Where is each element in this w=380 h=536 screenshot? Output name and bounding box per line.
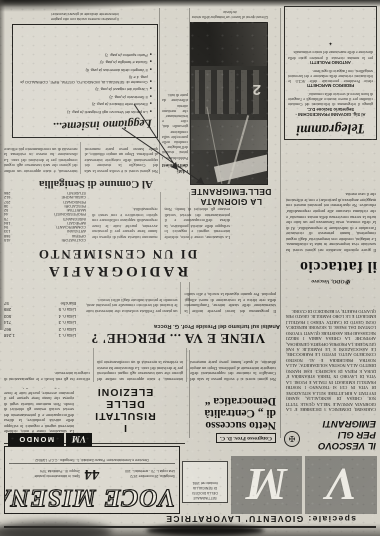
special-banner: speciale: GIOVENTU' LAVORATRICE <box>56 513 356 524</box>
leggiamo-item-text: Elezioni nelle Missioni (a pag. 2) <box>92 102 148 107</box>
census-row: Studenti 286 <box>4 192 86 195</box>
census-row: Professionisti 44 <box>4 212 86 216</box>
logo-letter-v: V <box>306 456 378 514</box>
census-value: 38 <box>4 204 8 208</box>
body-text-band: Il programma dei lavori prevede inoltre … <box>86 282 276 314</box>
leggiamo-page-ref: (a pag. 6) <box>86 68 103 73</box>
masthead-postal: Sped. in abbonamento postale <box>9 474 81 479</box>
results-value: 503 <box>4 312 11 318</box>
bullet-icon: ● <box>150 67 152 72</box>
results-name: Lista n. 3 <box>59 319 76 325</box>
viene-subtitle: Analisi sul turismo del Preside Prof. G.… <box>76 323 280 329</box>
photo-caption: Giovani operai al lavoro: un'immagine de… <box>186 9 274 19</box>
results-name: Lista n. 5 <box>59 306 76 312</box>
census-category: Impiegati <box>67 221 86 225</box>
leggiamo-title: Leggiamo insieme... <box>18 116 152 136</box>
bishop-letter-text: Carissimi, domenica 3 dicembre e' la gio… <box>286 284 376 412</box>
leggiamo-page-ref: (a pag. 1) <box>67 110 84 115</box>
newspaper-page-rotated-180: speciale: GIOVENTU' LAVORATRICE V M SETT… <box>0 0 380 536</box>
results-row: Lista n. 3 714 <box>4 319 76 325</box>
telegrammi-box: Telegrammi Al Sig. GIOVANNI FRANCESCHINI… <box>284 6 377 140</box>
telegram-text: eletto Presidente provinciale delle ACLI… <box>288 68 373 83</box>
logo-letter-m: M <box>231 456 303 514</box>
census-row: Pescatori 38 <box>4 204 86 208</box>
leggiamo-box: Leggiamo insieme... ● La parola del Vesc… <box>12 24 158 138</box>
fattaccio-article-text: Il grave episodio accaduto nei giorni sc… <box>286 143 376 253</box>
telegram-item: FEDERICO MARCHETTI eletto Presidente pro… <box>288 68 373 88</box>
body-text-column: La situazione, come è noto, richiede int… <box>4 388 74 434</box>
scanned-newspaper-screenshot: speciale: GIOVENTU' LAVORATRICE V M SETT… <box>0 0 380 536</box>
telegram-item: Al Sig. GIOVANNI FRANCESCHINI - Segretar… <box>288 91 373 117</box>
census-row: Artigiani 133 <box>4 229 86 233</box>
leggiamo-item-text: Punto sportivo (a pag. 7) <box>105 52 148 57</box>
leggiamo-page-ref: (a pag. 3) <box>95 88 112 93</box>
fattaccio-headline: il fattaccio <box>284 257 377 275</box>
results-row: Lista n. 1 1.248 <box>4 332 76 338</box>
leggiamo-item: ● La parola del Vescovo agli Emigranti (… <box>18 109 152 114</box>
telegrammi-title: Telegrammi <box>288 119 373 137</box>
bullet-icon: ● <box>150 52 152 57</box>
census-row: Insegnanti 75 <box>4 217 86 221</box>
census-row: Coltivatori 415 <box>4 238 86 242</box>
vm-mondo-text: MONDO <box>8 433 64 446</box>
photo-shadow-area <box>190 22 267 66</box>
census-row: Marittimi 52 <box>4 208 86 212</box>
results-name: Lista n. 1 <box>59 332 76 338</box>
info-line: DELLA DIOCESI <box>184 490 226 495</box>
bullet-icon: ● <box>150 87 152 92</box>
bullet-icon: ● <box>150 94 152 99</box>
radiografia-line2: DI UN CENSIMENTO <box>4 246 230 262</box>
radiografia-line1: RADIOGRAFIA <box>4 262 230 279</box>
results-row: Lista n. 2 967 <box>4 325 76 331</box>
results-row: Lista n. 4 503 <box>4 312 76 318</box>
risultati-line: RISULTATI <box>78 410 172 422</box>
bottom-note-line: Il prossimo numero uscirà con otto pagin… <box>14 16 156 21</box>
census-value: 44 <box>4 212 8 216</box>
bishop-crest-icon: ✠ <box>284 431 300 447</box>
census-category: Professionisti <box>54 212 86 216</box>
viene-headline: VIENE E VA ... PERCHE' ? <box>76 330 280 346</box>
leggiamo-list: ● La parola del Vescovo agli Emigranti (… <box>18 52 152 114</box>
census-value: 612 <box>4 195 10 199</box>
newspaper-title: VOCE MISENA <box>9 483 175 511</box>
leggiamo-item-text: Cronache di: SENIGALLIA, MONDOLFO, OSTRA… <box>18 74 148 84</box>
masthead-price: Una copia L. 70 - arretrata L. 100 <box>104 469 176 474</box>
results-value: 967 <box>4 325 11 331</box>
column-rule <box>159 8 160 174</box>
results-value: 289 <box>4 306 11 312</box>
inchiesta-text: Pubblichiamo i primi risultati dell'inda… <box>162 93 188 160</box>
al-comune-headline: Al Comune di Senigallia <box>4 178 188 190</box>
leggiamo-item-text: Il Seminario (a pag. 2) <box>109 94 147 99</box>
telegram-item: ANTONIO PAOLETTI per la nomina ricevuta:… <box>288 49 373 64</box>
results-row: Bianche 57 <box>4 299 76 305</box>
bullet-icon: ● <box>150 102 152 107</box>
info-line: fondato nel 1951 <box>184 480 226 485</box>
census-value: 94 <box>4 225 8 229</box>
vescovo-heading-block: IL VESCOVO PER GLI EMIGRANTI ✠ <box>284 417 376 450</box>
telegram-recipient: Al Sig. GIOVANNI FRANCESCHINI - Segretar… <box>288 107 373 118</box>
census-row: Casalinghe 612 <box>4 195 86 199</box>
giornata-line: LA GIORNATA <box>188 197 274 207</box>
vm-mondo-logo: VM <box>66 433 92 446</box>
risultati-line: I <box>78 422 172 434</box>
leggiamo-item: ● Il Seminario (a pag. 2) <box>18 94 152 99</box>
masthead-postal-lines: Sped. in abbonamento postale Gruppo III … <box>9 469 81 479</box>
masthead-group: Gruppo III - Pubblicità 70% <box>9 469 81 474</box>
giornata-headline: LA GIORNATA DELL'EMIGRANTE <box>188 187 274 207</box>
body-text-band: Nei giorni scorsi si è svolta presso la … <box>4 142 158 174</box>
risultati-line: ELEZIONI <box>78 386 172 398</box>
results-value: 714 <box>4 319 11 325</box>
census-table: Coltivatori 415 Operai 568 Artigiani 133… <box>4 192 86 242</box>
body-text-band: Nei giorni scorsi si è svolta presso la … <box>4 348 276 382</box>
congresso-kicker: Congresso Prov. D. C. <box>216 433 276 443</box>
census-value: 52 <box>4 208 8 212</box>
photo-press-detail <box>195 70 259 114</box>
census-category: Marittimi <box>67 208 86 212</box>
telegram-recipient: FEDERICO MARCHETTI <box>288 83 373 88</box>
masthead-date-lines: Senigallia, 25 novembre 1972 Una copia L… <box>104 469 176 479</box>
inchiesta-lead: I dati dell'inchiesta <box>162 163 188 174</box>
leggiamo-item: ● Cronache di: SENIGALLIA, MONDOLFO, OST… <box>18 74 152 84</box>
census-category: Artigiani <box>67 229 86 233</box>
census-value: 568 <box>4 234 10 238</box>
column-rule <box>280 8 281 438</box>
results-name: Lista n. 4 <box>59 312 76 318</box>
bullet-icon: ● <box>150 109 152 114</box>
masthead-info-box: SETTIMANALE DELLA DIOCESI DI SENIGALLIA … <box>182 461 228 503</box>
photo-highlight <box>214 154 268 183</box>
census-category: Studenti <box>67 192 86 195</box>
census-value: 133 <box>4 229 10 233</box>
leggiamo-page-ref: (a pag. 7) <box>105 53 122 58</box>
risultati-line: DELLE <box>78 398 172 410</box>
telegram-text: per la nomina ricevuta: il pensiero grat… <box>288 49 373 59</box>
leggiamo-item-text: L'angolo dei ragazzi (a pag. 3) <box>95 87 147 92</box>
leggiamo-item: ● Scuola e famiglia (a pag. 6) <box>18 59 152 64</box>
census-category: Casalinghe <box>62 195 86 199</box>
results-name: Bianche <box>60 299 76 305</box>
masthead-address-line: Direzione e Amministrazione: Piazza Gari… <box>9 458 175 464</box>
census-row: Commercianti 94 <box>4 225 86 229</box>
leggiamo-page-ref: (a pag. 2) <box>92 103 109 108</box>
bullet-icon: ● <box>150 74 152 84</box>
results-name: Lista n. 2 <box>59 325 76 331</box>
census-category: Operai <box>72 234 86 238</box>
leggiamo-page-ref: (a pag. 6) <box>100 60 117 65</box>
photo-machinery <box>190 120 267 150</box>
census-row: Pensionati 207 <box>4 200 86 204</box>
masthead-date: Senigallia, 25 novembre 1972 <box>104 474 176 479</box>
telegram-text: giunga il telegramma di felicitazioni de… <box>288 91 373 106</box>
bishop-signoff: ✠ ODO, Vescovo <box>296 278 366 284</box>
census-category: Pensionati <box>63 200 86 204</box>
photo-number: 2 <box>253 81 261 98</box>
results-value: 57 <box>4 299 9 305</box>
census-row: Impiegati 184 <box>4 221 86 225</box>
census-value: 75 <box>4 217 8 221</box>
article-photo: 2 <box>190 22 268 185</box>
info-line: DI SENIGALLIA <box>184 485 226 490</box>
results-row: Lista n. 5 289 <box>4 306 76 312</box>
census-value: 207 <box>4 200 10 204</box>
bullet-icon: ● <box>150 59 152 64</box>
results-value: 1.248 <box>4 332 15 338</box>
census-value: 286 <box>4 192 10 195</box>
results-list: Lista n. 1 1.248 Lista n. 2 967 Lista n.… <box>4 284 76 338</box>
telegram-recipient: ANTONIO PAOLETTI <box>288 60 373 65</box>
leggiamo-item-text: Il Vangelo della domenica (a pag. 6) <box>86 67 148 72</box>
telegram-separator-icon: ✦ <box>288 40 373 46</box>
risultati-headline: I RISULTATI DELLE ELEZIONI <box>78 386 172 434</box>
leggiamo-page-ref: (a pag. 2) <box>109 95 126 100</box>
census-value: 415 <box>4 238 10 242</box>
leggiamo-item: ● Elezioni nelle Missioni (a pag. 2) <box>18 102 152 107</box>
masthead-box: VOCE MISENA Senigallia, 25 novembre 1972… <box>4 446 180 514</box>
issue-number: 44 <box>85 465 100 482</box>
radiografia-headline: RADIOGRAFIA DI UN CENSIMENTO <box>4 246 230 279</box>
census-category: Commercianti <box>56 225 86 229</box>
giornata-line: DELL'EMIGRANTE <box>188 187 274 197</box>
vm-mondo-label: VM MONDO <box>8 433 92 446</box>
leggiamo-item-text: La parola del Vescovo agli Emigranti (a … <box>67 109 148 114</box>
bottom-note-line: interamente dedicate ai giovani lavorato… <box>14 11 156 16</box>
census-row: Operai 568 <box>4 234 86 238</box>
leggiamo-item: ● Punto sportivo (a pag. 7) <box>18 52 152 57</box>
leggiamo-item: ● Il Vangelo della domenica (a pag. 6) <box>18 67 152 72</box>
census-category: Insegnanti <box>63 217 86 221</box>
vm-logo: V M <box>231 456 377 514</box>
top-rule <box>4 526 376 528</box>
leggiamo-item-text: Scuola e famiglia (a pag. 6) <box>100 59 147 64</box>
info-line: SETTIMANALE <box>184 495 226 500</box>
leggiamo-item: ● L'angolo dei ragazzi (a pag. 3) <box>18 87 152 92</box>
census-category: Pescatori <box>64 204 86 208</box>
census-category: Coltivatori <box>62 238 86 242</box>
telegrammi-list: Al Sig. GIOVANNI FRANCESCHINI - Segretar… <box>288 49 373 117</box>
bottom-notes: Il prossimo numero uscirà con otto pagin… <box>14 11 156 21</box>
inchiesta-column: I dati dell'inchiesta Pubblichiamo i pri… <box>162 8 188 174</box>
vescovo-heading-line: EMIGRANTI <box>284 417 376 428</box>
census-value: 184 <box>4 221 10 225</box>
